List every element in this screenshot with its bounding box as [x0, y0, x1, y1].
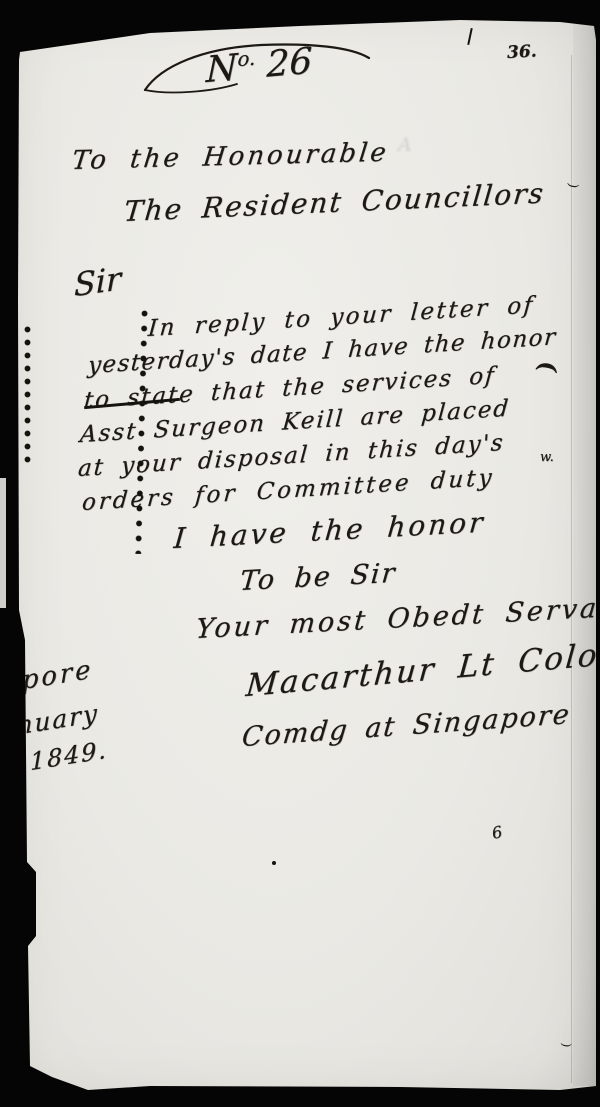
letter-page: No. 26 36. To the Honourable The Residen… [0, 0, 600, 1107]
edge-six-mark: 6 [490, 822, 504, 843]
folio-number: 36. [506, 41, 537, 63]
ink-dot-speck [272, 861, 276, 865]
underlying-page-sliver [0, 478, 6, 608]
edge-curl-mark-lower: ) [559, 1042, 573, 1048]
pen-tick-mark [467, 28, 472, 45]
recipient-line-2: The Resident Councillors [122, 177, 546, 229]
valediction-line-3: Your most Obedt Servant [195, 591, 600, 645]
signature-title: Comdg at Singapore [240, 699, 572, 753]
recipient-line-1: To the Honourable [70, 138, 390, 176]
margin-place: pore [22, 655, 94, 697]
ink-dot-trail-margin [24, 323, 32, 463]
valediction-line-1: I have the honor [173, 506, 487, 556]
edge-w-mark: w. [540, 450, 554, 465]
letter-number-prefix: N [206, 47, 238, 91]
letter-number-value: 26 [255, 41, 313, 87]
signature-name: Macarthur Lt Colonel [244, 632, 600, 704]
margin-year: 1849. [30, 736, 108, 777]
archival-scan: No. 26 36. To the Honourable The Residen… [0, 0, 600, 1107]
valediction-line-2: To be Sir [239, 558, 398, 597]
page-fold-line [571, 55, 572, 1083]
letter-number-sup: o. [237, 47, 255, 72]
bleed-through-mark: A [398, 134, 412, 156]
salutation: Sir [74, 259, 121, 304]
edge-brace-mark: ) [530, 358, 561, 374]
